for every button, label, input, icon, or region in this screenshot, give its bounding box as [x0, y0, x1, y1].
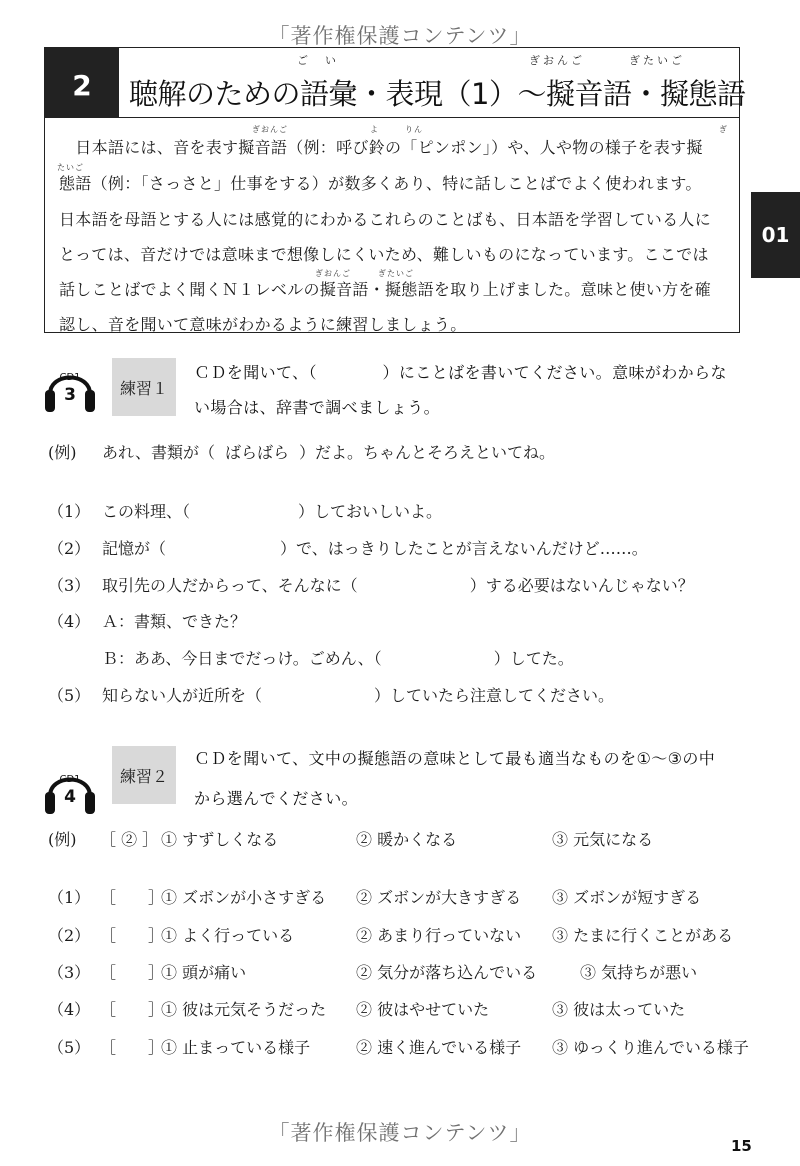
intro-line: 話しことばでよく聞くＮ１レベルの擬音語・擬態語を取り上げました。意味と使い方を確 — [59, 277, 711, 300]
option-3: ③ たまに行くことがある — [552, 923, 733, 946]
text-before: 取引先の人だからって、そんなに（ — [102, 576, 358, 595]
question-number: （1） — [48, 499, 90, 522]
text-before: この料理、（ — [102, 502, 190, 521]
section-title: 聴解のための語彙・表現（1）～擬音語・擬態語 — [129, 72, 745, 113]
section-title-main: 聴解のための語彙・表現（1） — [129, 77, 517, 111]
text-after: ）で、はっきりしたことが言えないんだけど……。 — [280, 539, 648, 558]
furigana: ぎおんご — [252, 124, 288, 135]
option-1: ① ズボンが小さすぎる — [161, 885, 326, 908]
question-number: （3） — [48, 573, 90, 596]
section-title-sub: ～擬音語・擬態語 — [517, 77, 745, 111]
option-3: ③ ゆっくり進んでいる様子 — [552, 1035, 749, 1058]
exercise-badge: 練習１ — [112, 358, 176, 416]
question-number: （1） — [48, 885, 90, 908]
answer-bracket[interactable]: ［ ］ — [100, 997, 164, 1020]
example-answer: ［ ② ］ — [100, 827, 158, 850]
question-number: （3） — [48, 960, 90, 983]
intro-box: ぎおんご よ りん ぎ 日本語には、音を表す擬音語（例：呼び鈴の「ピンポン」）や… — [44, 117, 740, 333]
intro-line: とっては、音だけでは意味まで想像しにくいため、難しいものになっています。ここでは — [59, 242, 709, 265]
option-2: ② ズボンが大きすぎる — [356, 885, 521, 908]
copyright-watermark-bottom: 「著作権保護コンテンツ」 — [0, 1117, 800, 1147]
answer-bracket[interactable]: ［ ］ — [100, 885, 164, 908]
exercise-instruction: ＣＤを聞いて、（ ）にことばを書いてください。意味がわからな — [194, 360, 727, 383]
furigana-goi: ご い — [297, 52, 339, 68]
answer-bracket[interactable]: ［ ］ — [100, 1035, 164, 1058]
question-text: 記憶が（）で、はっきりしたことが言えないんだけど……。 — [102, 536, 648, 559]
option-3: ③ 気持ちが悪い — [580, 960, 697, 983]
question-number: （4） — [48, 609, 90, 632]
text-after: ）する必要はないんじゃない？ — [470, 576, 694, 595]
question-text: この料理、（）しておいしいよ。 — [102, 499, 442, 522]
exercise-instruction: から選んでください。 — [194, 786, 358, 809]
answer-bracket[interactable]: ［ ］ — [100, 923, 164, 946]
intro-line: 認し、音を聞いて意味がわかるように練習しましょう。 — [59, 312, 467, 335]
option-3: ③ 彼は太っていた — [552, 997, 685, 1020]
exercise-instruction: ＣＤを聞いて、文中の擬態語の意味として最も適当なものを①～③の中 — [194, 746, 715, 769]
text-after: ）しておいしいよ。 — [298, 502, 442, 521]
question-number: (例) — [48, 827, 77, 850]
furigana-giongo: ぎおんご — [529, 52, 585, 68]
option-2: ② 速く進んでいる様子 — [356, 1035, 521, 1058]
cd-track-number: 4 — [44, 787, 96, 807]
intro-line: 態語（例：「さっさと」仕事をする）が数多くあり、特に話しことばでよく使われます。 — [59, 171, 702, 194]
question-text: 知らない人が近所を（）していたら注意してください。 — [102, 683, 614, 706]
option-2: ② あまり行っていない — [356, 923, 521, 946]
cd-disc-label: CD1 — [44, 774, 96, 785]
cd-disc-label: CD1 — [44, 372, 96, 383]
cd-track-number: 3 — [44, 385, 96, 405]
text-before: 知らない人が近所を（ — [102, 686, 262, 705]
exercise-instruction: い場合は、辞書で調べましょう。 — [194, 395, 440, 418]
option-2: ② 彼はやせていた — [356, 997, 489, 1020]
section-number: 2 — [45, 48, 119, 117]
headphones-cd-icon[interactable]: CD1 3 — [44, 358, 96, 414]
text-before: Ｂ：ああ、今日までだっけ。ごめん、（ — [102, 649, 382, 668]
dialogue-line-a: Ａ：書類、できた？ — [102, 609, 246, 632]
text-after: ）してた。 — [494, 649, 574, 668]
furigana: ぎ — [719, 124, 728, 135]
option-1: ① 彼は元気そうだった — [161, 997, 326, 1020]
intro-line: 日本語を母語とする人には感覚的にわかるこれらのことばも、日本語を学習している人に — [59, 207, 711, 230]
option-1: ① よく行っている — [161, 923, 294, 946]
text-after: ）していたら注意してください。 — [374, 686, 614, 705]
answer-bracket[interactable]: ［ ］ — [100, 960, 164, 983]
copyright-watermark-top: 「著作権保護コンテンツ」 — [0, 20, 800, 50]
text-after: ）だよ。ちゃんとそろえといてね。 — [299, 443, 555, 462]
question-number: （4） — [48, 997, 90, 1020]
option-3: ③ ズボンが短すぎる — [552, 885, 701, 908]
example-answer: ばらばら — [215, 440, 299, 463]
intro-line: 日本語には、音を表す擬音語（例：呼び鈴の「ピンポン」）や、人や物の様子を表す擬 — [59, 135, 703, 158]
dialogue-line-b: Ｂ：ああ、今日までだっけ。ごめん、（）してた。 — [102, 646, 574, 669]
option-2: ② 気分が落ち込んでいる — [356, 960, 537, 983]
question-text: あれ、書類が（ばらばら）だよ。ちゃんとそろえといてね。 — [102, 440, 555, 463]
option-1: ① すずしくなる — [161, 827, 278, 850]
question-number: （2） — [48, 536, 90, 559]
furigana: よ — [370, 124, 379, 135]
question-number: （5） — [48, 683, 90, 706]
headphones-cd-icon[interactable]: CD1 4 — [44, 760, 96, 816]
section-header: 2 ご い ぎおんご ぎたいご 聴解のための語彙・表現（1）～擬音語・擬態語 — [44, 47, 740, 117]
option-2: ② 暖かくなる — [356, 827, 457, 850]
page-number: 15 — [731, 1137, 752, 1155]
question-text: 取引先の人だからって、そんなに（）する必要はないんじゃない？ — [102, 573, 694, 596]
question-number: (例) — [48, 440, 77, 463]
option-1: ① 止まっている様子 — [161, 1035, 310, 1058]
option-1: ① 頭が痛い — [161, 960, 246, 983]
furigana: りん — [405, 124, 423, 135]
furigana-gitaigo: ぎたいご — [629, 52, 685, 68]
chapter-tab: 01 — [751, 192, 800, 278]
exercise-badge: 練習２ — [112, 746, 176, 804]
text-before: あれ、書類が（ — [102, 443, 215, 462]
text-before: 記憶が（ — [102, 539, 166, 558]
question-number: （5） — [48, 1035, 90, 1058]
question-number: （2） — [48, 923, 90, 946]
option-3: ③ 元気になる — [552, 827, 653, 850]
